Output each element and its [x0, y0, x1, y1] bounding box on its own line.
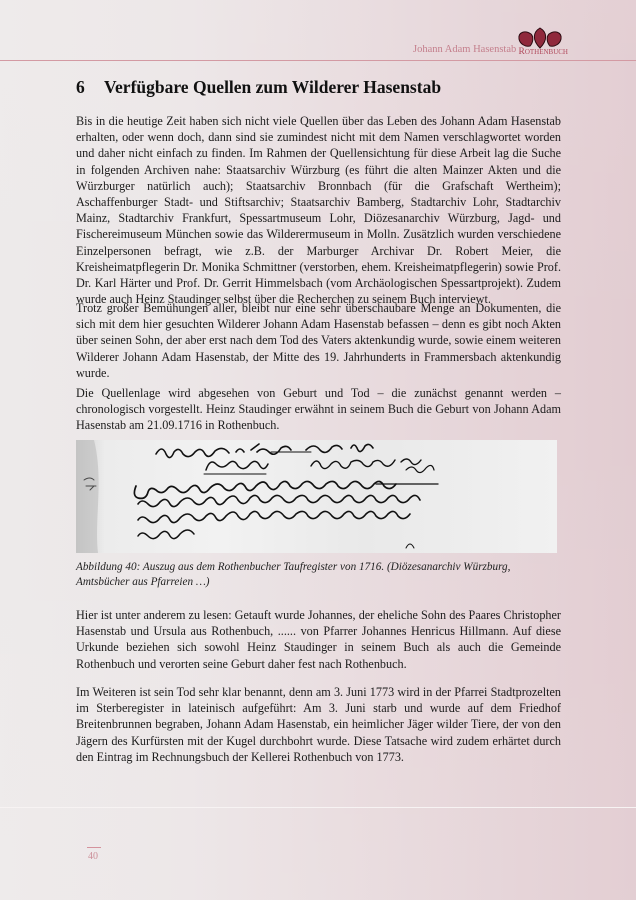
paragraph-baptism-record: Hier ist unter anderem zu lesen: Getauft… [76, 607, 561, 672]
section-number: 6 [76, 75, 104, 99]
main-content: 6 Verfügbare Quellen zum Wilderer Hasens… [76, 75, 561, 99]
figure-caption: Abbildung 40: Auszug aus dem Rothenbuche… [76, 560, 566, 590]
paragraph-chronology: Die Quellenlage wird abgesehen von Gebur… [76, 385, 561, 434]
baptism-register-image [76, 440, 557, 553]
footer-divider [0, 807, 636, 808]
paragraph-death-record: Im Weiteren ist sein Tod sehr klar benan… [76, 684, 561, 765]
logo-wordmark: Rothenbuch [510, 47, 568, 57]
section-title: Verfügbare Quellen zum Wilderer Hasensta… [104, 75, 441, 99]
running-header-title: Johann Adam Hasenstab [413, 44, 516, 55]
section-heading: 6 Verfügbare Quellen zum Wilderer Hasens… [76, 75, 561, 99]
paragraph-document-scarcity: Trotz großer Bemühungen aller, bleibt nu… [76, 300, 561, 381]
rothenbuch-logo: Rothenbuch [510, 27, 570, 63]
page-number: 40 [88, 851, 98, 862]
page-number-rule [87, 847, 101, 848]
paragraph-sources-overview: Bis in die heutige Zeit haben sich nicht… [76, 113, 561, 307]
